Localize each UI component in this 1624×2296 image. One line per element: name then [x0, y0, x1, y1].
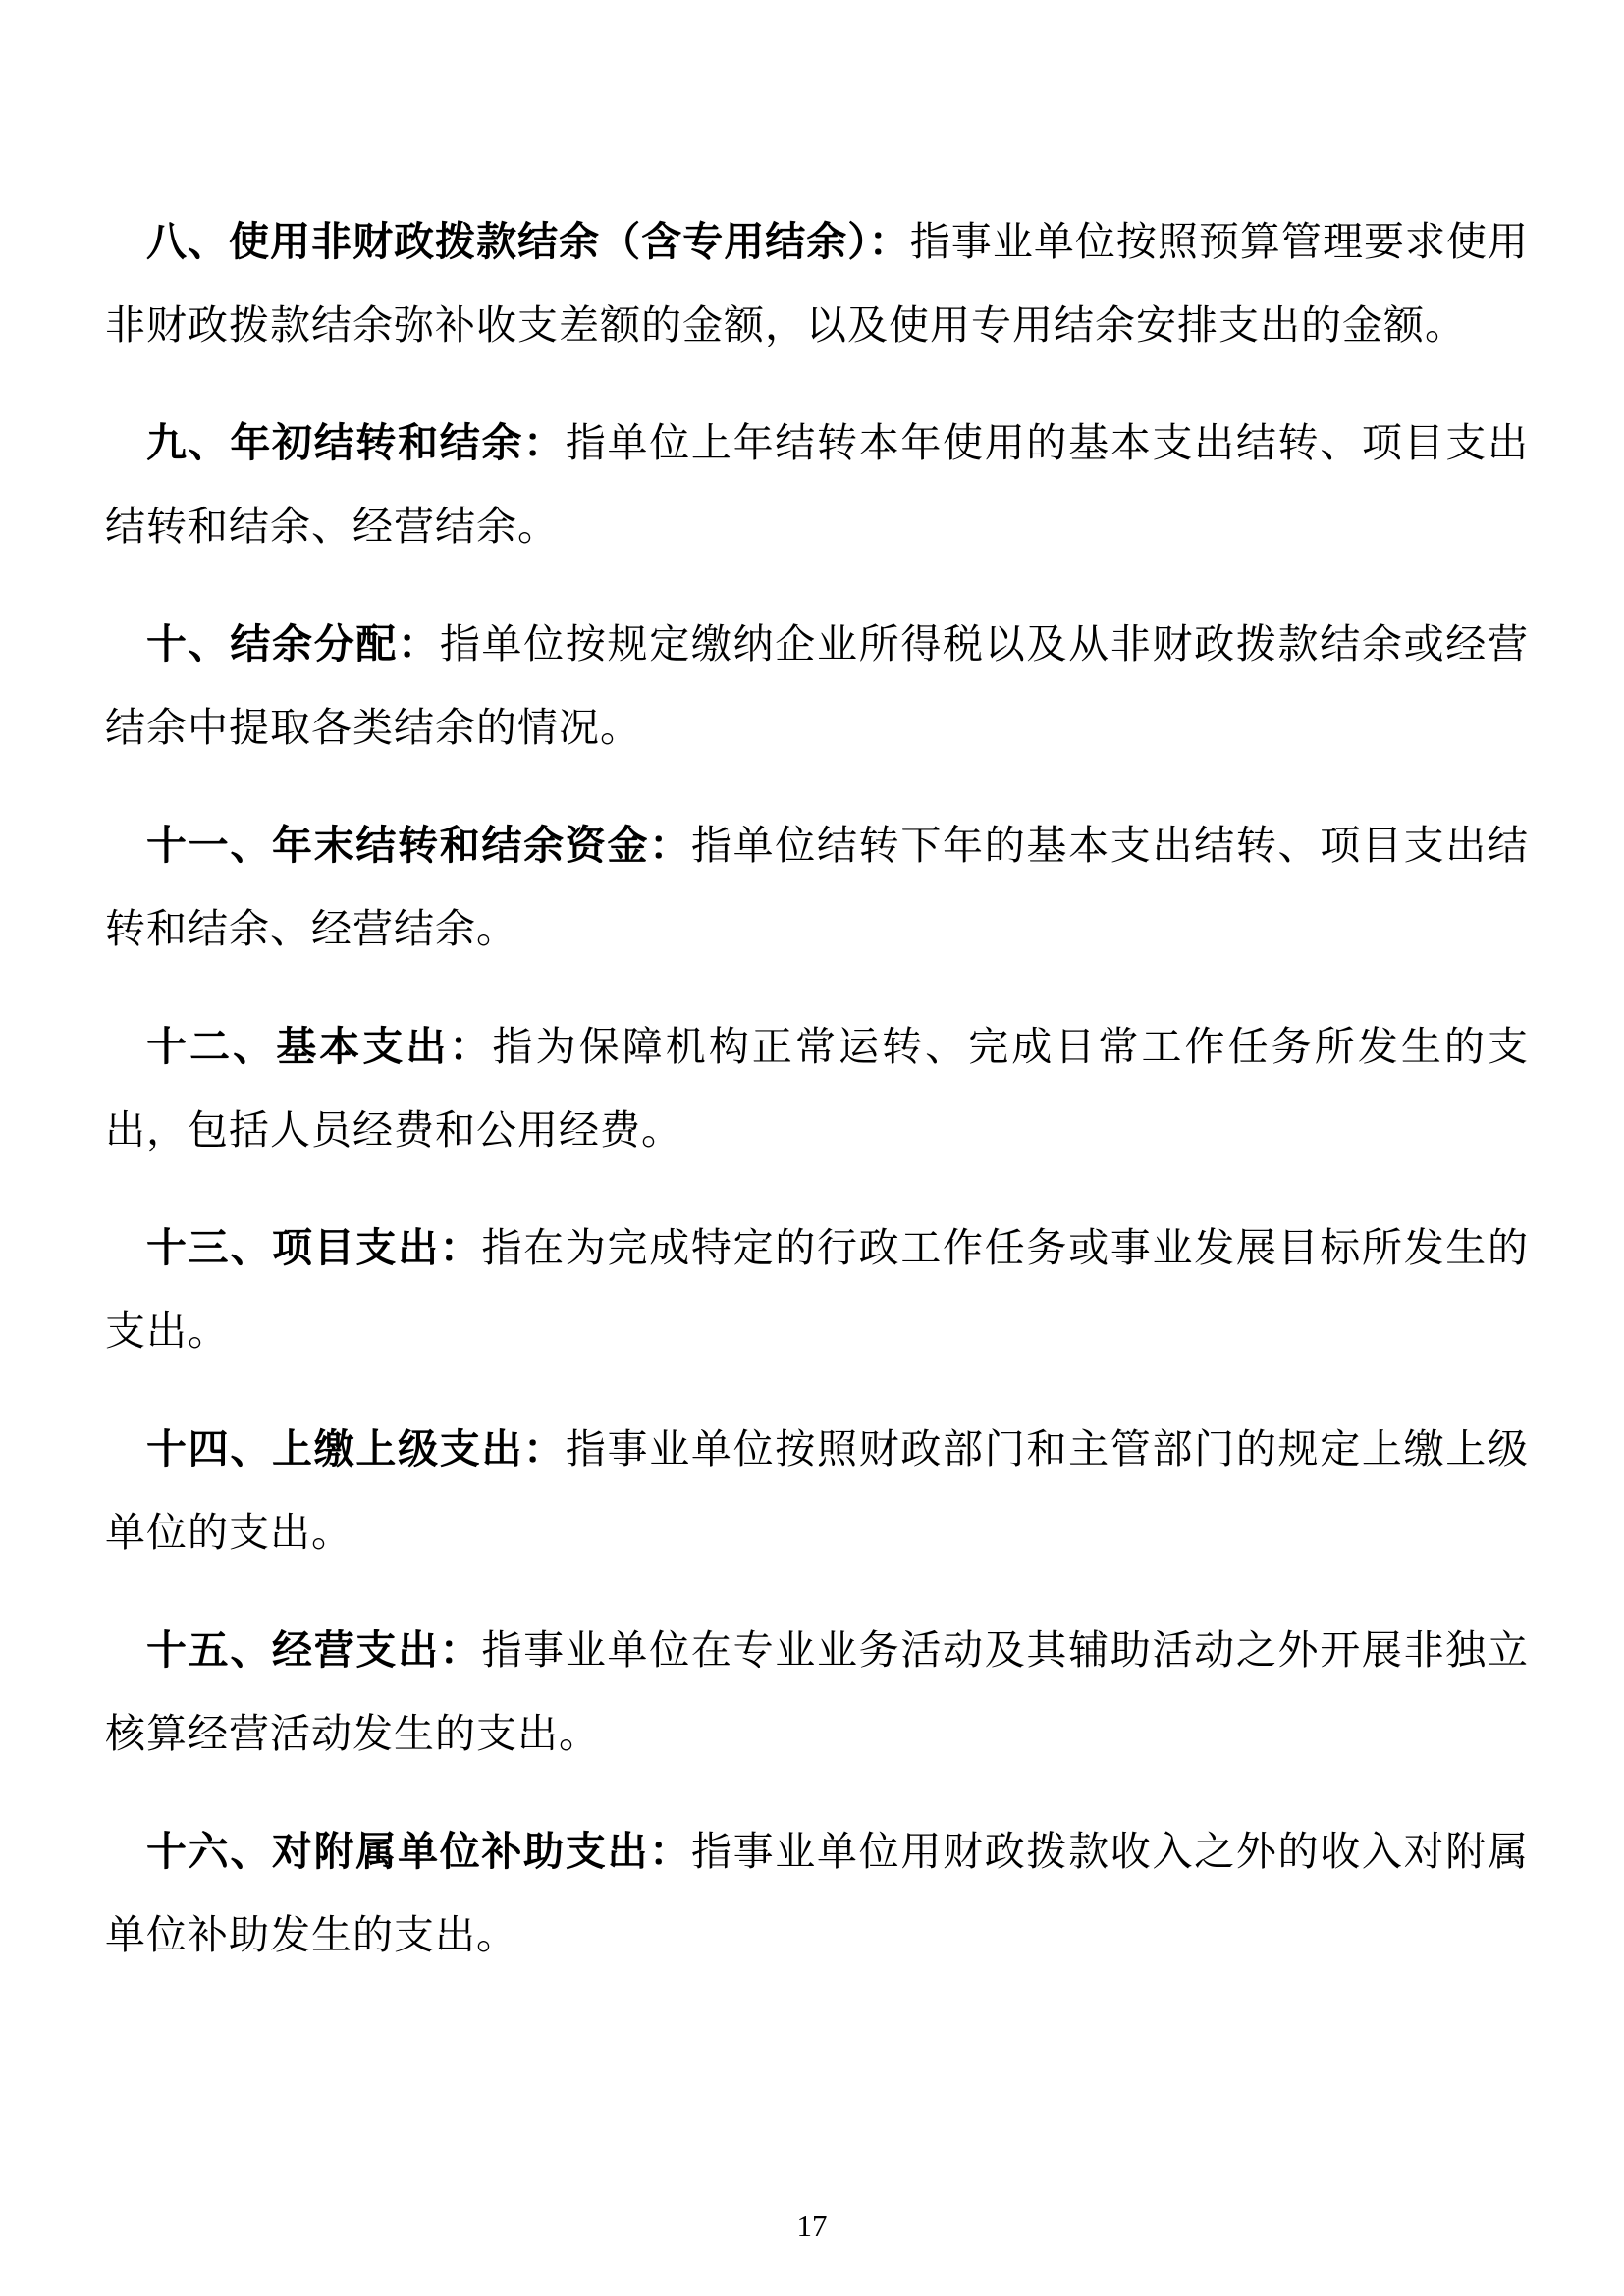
document-body: 八、使用非财政拨款结余（含专用结余）：指事业单位按照预算管理要求使用非财政拨款结…	[105, 200, 1529, 2011]
page-number: 17	[0, 2207, 1624, 2246]
document-page: 八、使用非财政拨款结余（含专用结余）：指事业单位按照预算管理要求使用非财政拨款结…	[0, 0, 1624, 2296]
term-label: 十五、经营支出：	[146, 1628, 482, 1673]
term-label: 十六、对附属单位补助支出：	[146, 1829, 691, 1874]
term-label: 十二、基本支出：	[146, 1024, 493, 1069]
definition-paragraph: 十四、上缴上级支出：指事业单位按照财政部门和主管部门的规定上缴上级单位的支出。	[105, 1408, 1529, 1575]
definition-paragraph: 十、结余分配：指单位按规定缴纳企业所得税以及从非财政拨款结余或经营结余中提取各类…	[105, 603, 1529, 770]
term-label: 十、结余分配：	[146, 621, 440, 667]
term-label: 九、年初结转和结余：	[146, 420, 566, 465]
definition-paragraph: 十六、对附属单位补助支出：指事业单位用财政拨款收入之外的收入对附属单位补助发生的…	[105, 1810, 1529, 1977]
definition-paragraph: 八、使用非财政拨款结余（含专用结余）：指事业单位按照预算管理要求使用非财政拨款结…	[105, 200, 1529, 367]
term-label: 十一、年末结转和结余资金：	[146, 823, 691, 868]
term-label: 八、使用非财政拨款结余（含专用结余）：	[146, 219, 910, 264]
definition-paragraph: 九、年初结转和结余：指单位上年结转本年使用的基本支出结转、项目支出结转和结余、经…	[105, 401, 1529, 568]
definition-paragraph: 十五、经营支出：指事业单位在专业业务活动及其辅助活动之外开展非独立核算经营活动发…	[105, 1609, 1529, 1776]
term-label: 十四、上缴上级支出：	[146, 1426, 566, 1471]
term-label: 十三、项目支出：	[146, 1225, 482, 1270]
definition-paragraph: 十一、年末结转和结余资金：指单位结转下年的基本支出结转、项目支出结转和结余、经营…	[105, 804, 1529, 971]
definition-paragraph: 十二、基本支出：指为保障机构正常运转、完成日常工作任务所发生的支出，包括人员经费…	[105, 1005, 1529, 1172]
definition-paragraph: 十三、项目支出：指在为完成特定的行政工作任务或事业发展目标所发生的支出。	[105, 1206, 1529, 1373]
